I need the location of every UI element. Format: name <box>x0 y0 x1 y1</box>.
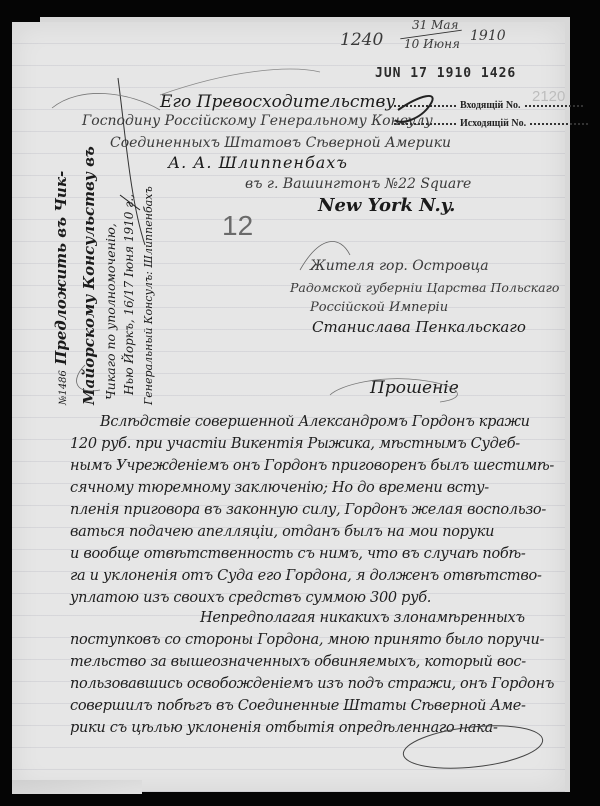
pen-flourishes <box>0 0 600 806</box>
